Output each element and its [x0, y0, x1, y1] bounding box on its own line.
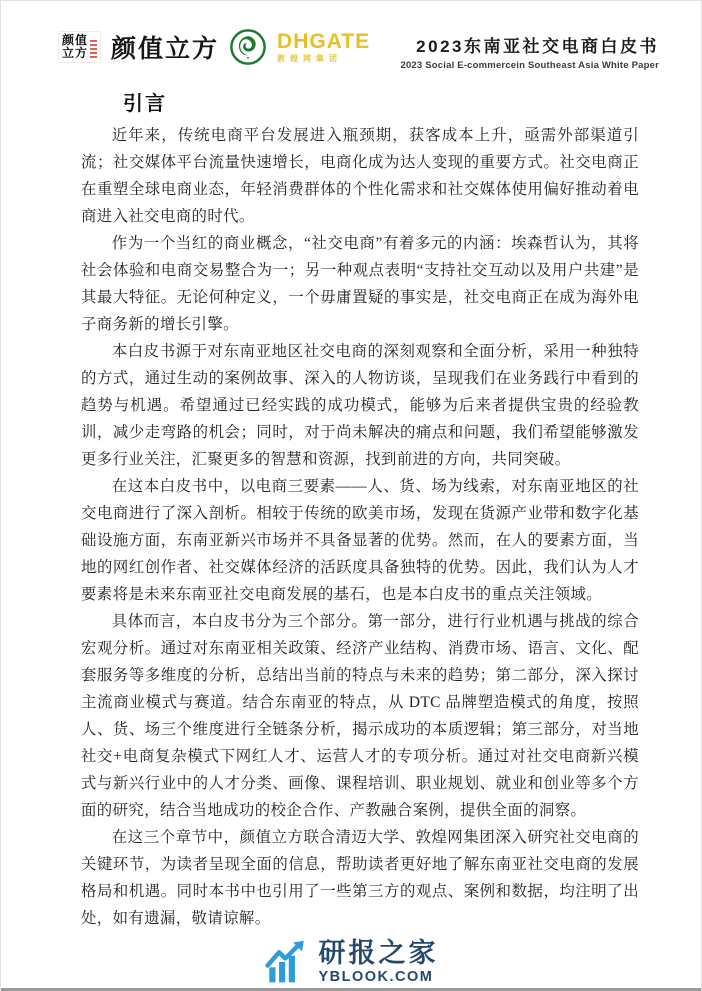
paragraph: 近年来，传统电商平台发展进入瓶颈期，获客成本上升，亟需外部渠道引流；社交媒体平台…: [81, 122, 639, 230]
dhgate-wordmark: DHGATE: [277, 31, 370, 52]
paragraph: 在这三个章节中，颜值立方联合清迈大学、敦煌网集团深入研究社交电商的关键环节，为读…: [81, 824, 639, 932]
green-university-emblem-icon: [229, 28, 267, 66]
report-title-block: 2023东南亚社交电商白皮书 2023 Social E-commercein …: [400, 28, 659, 71]
paragraph: 作为一个当红的商业概念，“社交电商”有着多元的内涵：埃森哲认为，其将社会体验和电…: [81, 230, 639, 338]
dhgate-logo: DHGATE 敦煌网集团: [277, 31, 370, 63]
paragraph: 具体而言，本白皮书分为三个部分。第一部分，进行行业机遇与挑战的综合宏观分析。通过…: [81, 608, 639, 824]
document-body: 引言 近年来，传统电商平台发展进入瓶颈期，获客成本上升，亟需外部渠道引流；社交媒…: [81, 87, 639, 932]
red-seal-icon: [90, 40, 97, 60]
section-heading: 引言: [123, 87, 639, 116]
stamp-text: 颜值 立方: [62, 34, 88, 60]
yblook-watermark: 研报之家 YBLOOK.COM: [1, 940, 701, 985]
dhgate-subtext: 敦煌网集团: [277, 55, 342, 63]
logo-group: 颜值 立方 颜值立方 DHGATE 敦煌网集团: [58, 28, 370, 66]
yanzhi-cube-wordmark: 颜值立方: [111, 29, 219, 65]
watermark-site: YBLOOK.COM: [319, 970, 439, 985]
document-page: 颜值 立方 颜值立方 DHGATE 敦煌网集团 2023东南亚社交电商白皮书 2…: [0, 0, 702, 991]
page-header: 颜值 立方 颜值立方 DHGATE 敦煌网集团 2023东南亚社交电商白皮书 2…: [58, 28, 659, 71]
bar-chart-arrow-icon: [264, 940, 310, 984]
watermark-text: 研报之家 YBLOOK.COM: [319, 940, 439, 985]
report-title-cn: 2023东南亚社交电商白皮书: [400, 32, 659, 57]
paragraph: 本白皮书源于对东南亚地区社交电商的深刻观察和全面分析，采用一种独特的方式，通过生…: [81, 338, 639, 473]
yanzhi-cube-stamp-logo: 颜值 立方: [58, 31, 101, 63]
stamp-line-2: 立方: [62, 47, 88, 60]
paragraph: 在这本白皮书中，以电商三要素——人、货、场为线索，对东南亚地区的社交电商进行了深…: [81, 473, 639, 608]
watermark-name: 研报之家: [319, 940, 439, 967]
report-title-en: 2023 Social E-commercein Southeast Asia …: [400, 60, 659, 71]
